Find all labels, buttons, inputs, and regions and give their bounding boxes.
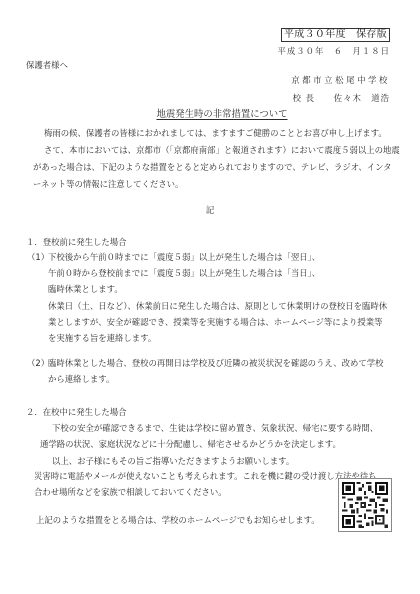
section2-line-2: 通学路の状況、家庭状況などに十分配慮し、帰宅させるかどうかを決定します。 — [40, 440, 341, 448]
section1-item1-line-5: 業としますが、安全が確認でき、授業等を実施する場合は、ホームページ等により授業等 — [48, 318, 383, 326]
intro-line-2: さて、本市においては、京都市（「京都府南部」と報道されます）において震度５弱以上… — [44, 146, 400, 154]
title-text: 地震発生時の非常措置について — [132, 109, 287, 120]
edition-label: 平成３０年度 保存版 — [281, 28, 390, 42]
ki-heading: 記 — [0, 206, 420, 214]
qr-code-icon[interactable] — [338, 478, 392, 532]
school-name: 京都市立松尾中学校 — [291, 76, 390, 84]
principal-name: 校 長 佐々木 道浩 — [293, 94, 390, 102]
section2-line-4: 災害時に電話やメールが使えないことも考えられます。これを機に鍵の受け渡し方法や待… — [34, 472, 377, 480]
section1-item1-line-1: 下校後から午前０時までに「震度５弱」以上が発生した場合は「翌日」、 — [48, 253, 320, 261]
section1-item1-line-4: 休業日（土、日など）、休業前日に発生した場合は、原則として休業明けの登校日を臨時… — [48, 302, 387, 310]
footer-note: 上記のような措置をとる場合は、学校のホームページでもお知らせします。 — [36, 516, 320, 524]
intro-line-1: 梅雨の候、保護者の皆様におかれましては、ますますご健勝のこととお喜び申し上げます… — [44, 129, 387, 137]
section2-heading: ２．在校中に発生した場合 — [26, 408, 127, 416]
addressee: 保護者様へ — [26, 61, 68, 69]
intro-line-3: があった場合は、下記のような措置をとると定められておりますので、テレビ、ラジオ、… — [33, 163, 392, 171]
section1-item2-number: （2） — [27, 359, 49, 367]
section1-item1-number: （1） — [27, 253, 49, 261]
issue-date: 平成３０年 ６ 月１８日 — [278, 47, 391, 55]
document-title: 地震発生時の非常措置について — [0, 110, 420, 119]
intro-line-4: ーネット等の情報に注意してください。 — [33, 180, 183, 188]
section1-item2-line-2: から連絡します。 — [48, 375, 114, 383]
section1-item1-line-3: 臨時休業とします。 — [48, 285, 123, 293]
section1-item1-line-2: 午前０時から登校前までに「震度５弱」以上が発生した場合は「当日」、 — [48, 269, 320, 277]
qr-code-graphic — [342, 482, 388, 528]
section1-item1-line-6: を実施する旨を連絡します。 — [48, 334, 156, 342]
section1-heading: １．登校前に発生した場合 — [26, 238, 127, 246]
section2-line-1: 下校の安全が確認できるまで、生徒は学校に留め置き、気象状況、帰宅に要する時間、 — [52, 424, 378, 432]
section2-line-3: 以上、お子様にもその旨ご指導いただきますようお願いします。 — [52, 457, 294, 465]
section2-line-5: 合わせ場所などを家族で相談しておいてください。 — [34, 488, 227, 496]
section1-item2-line-1: 臨時休業とした場合、登校の再開日は学校及び近隣の被災状況を確認のうえ、改めて学校 — [48, 359, 384, 367]
